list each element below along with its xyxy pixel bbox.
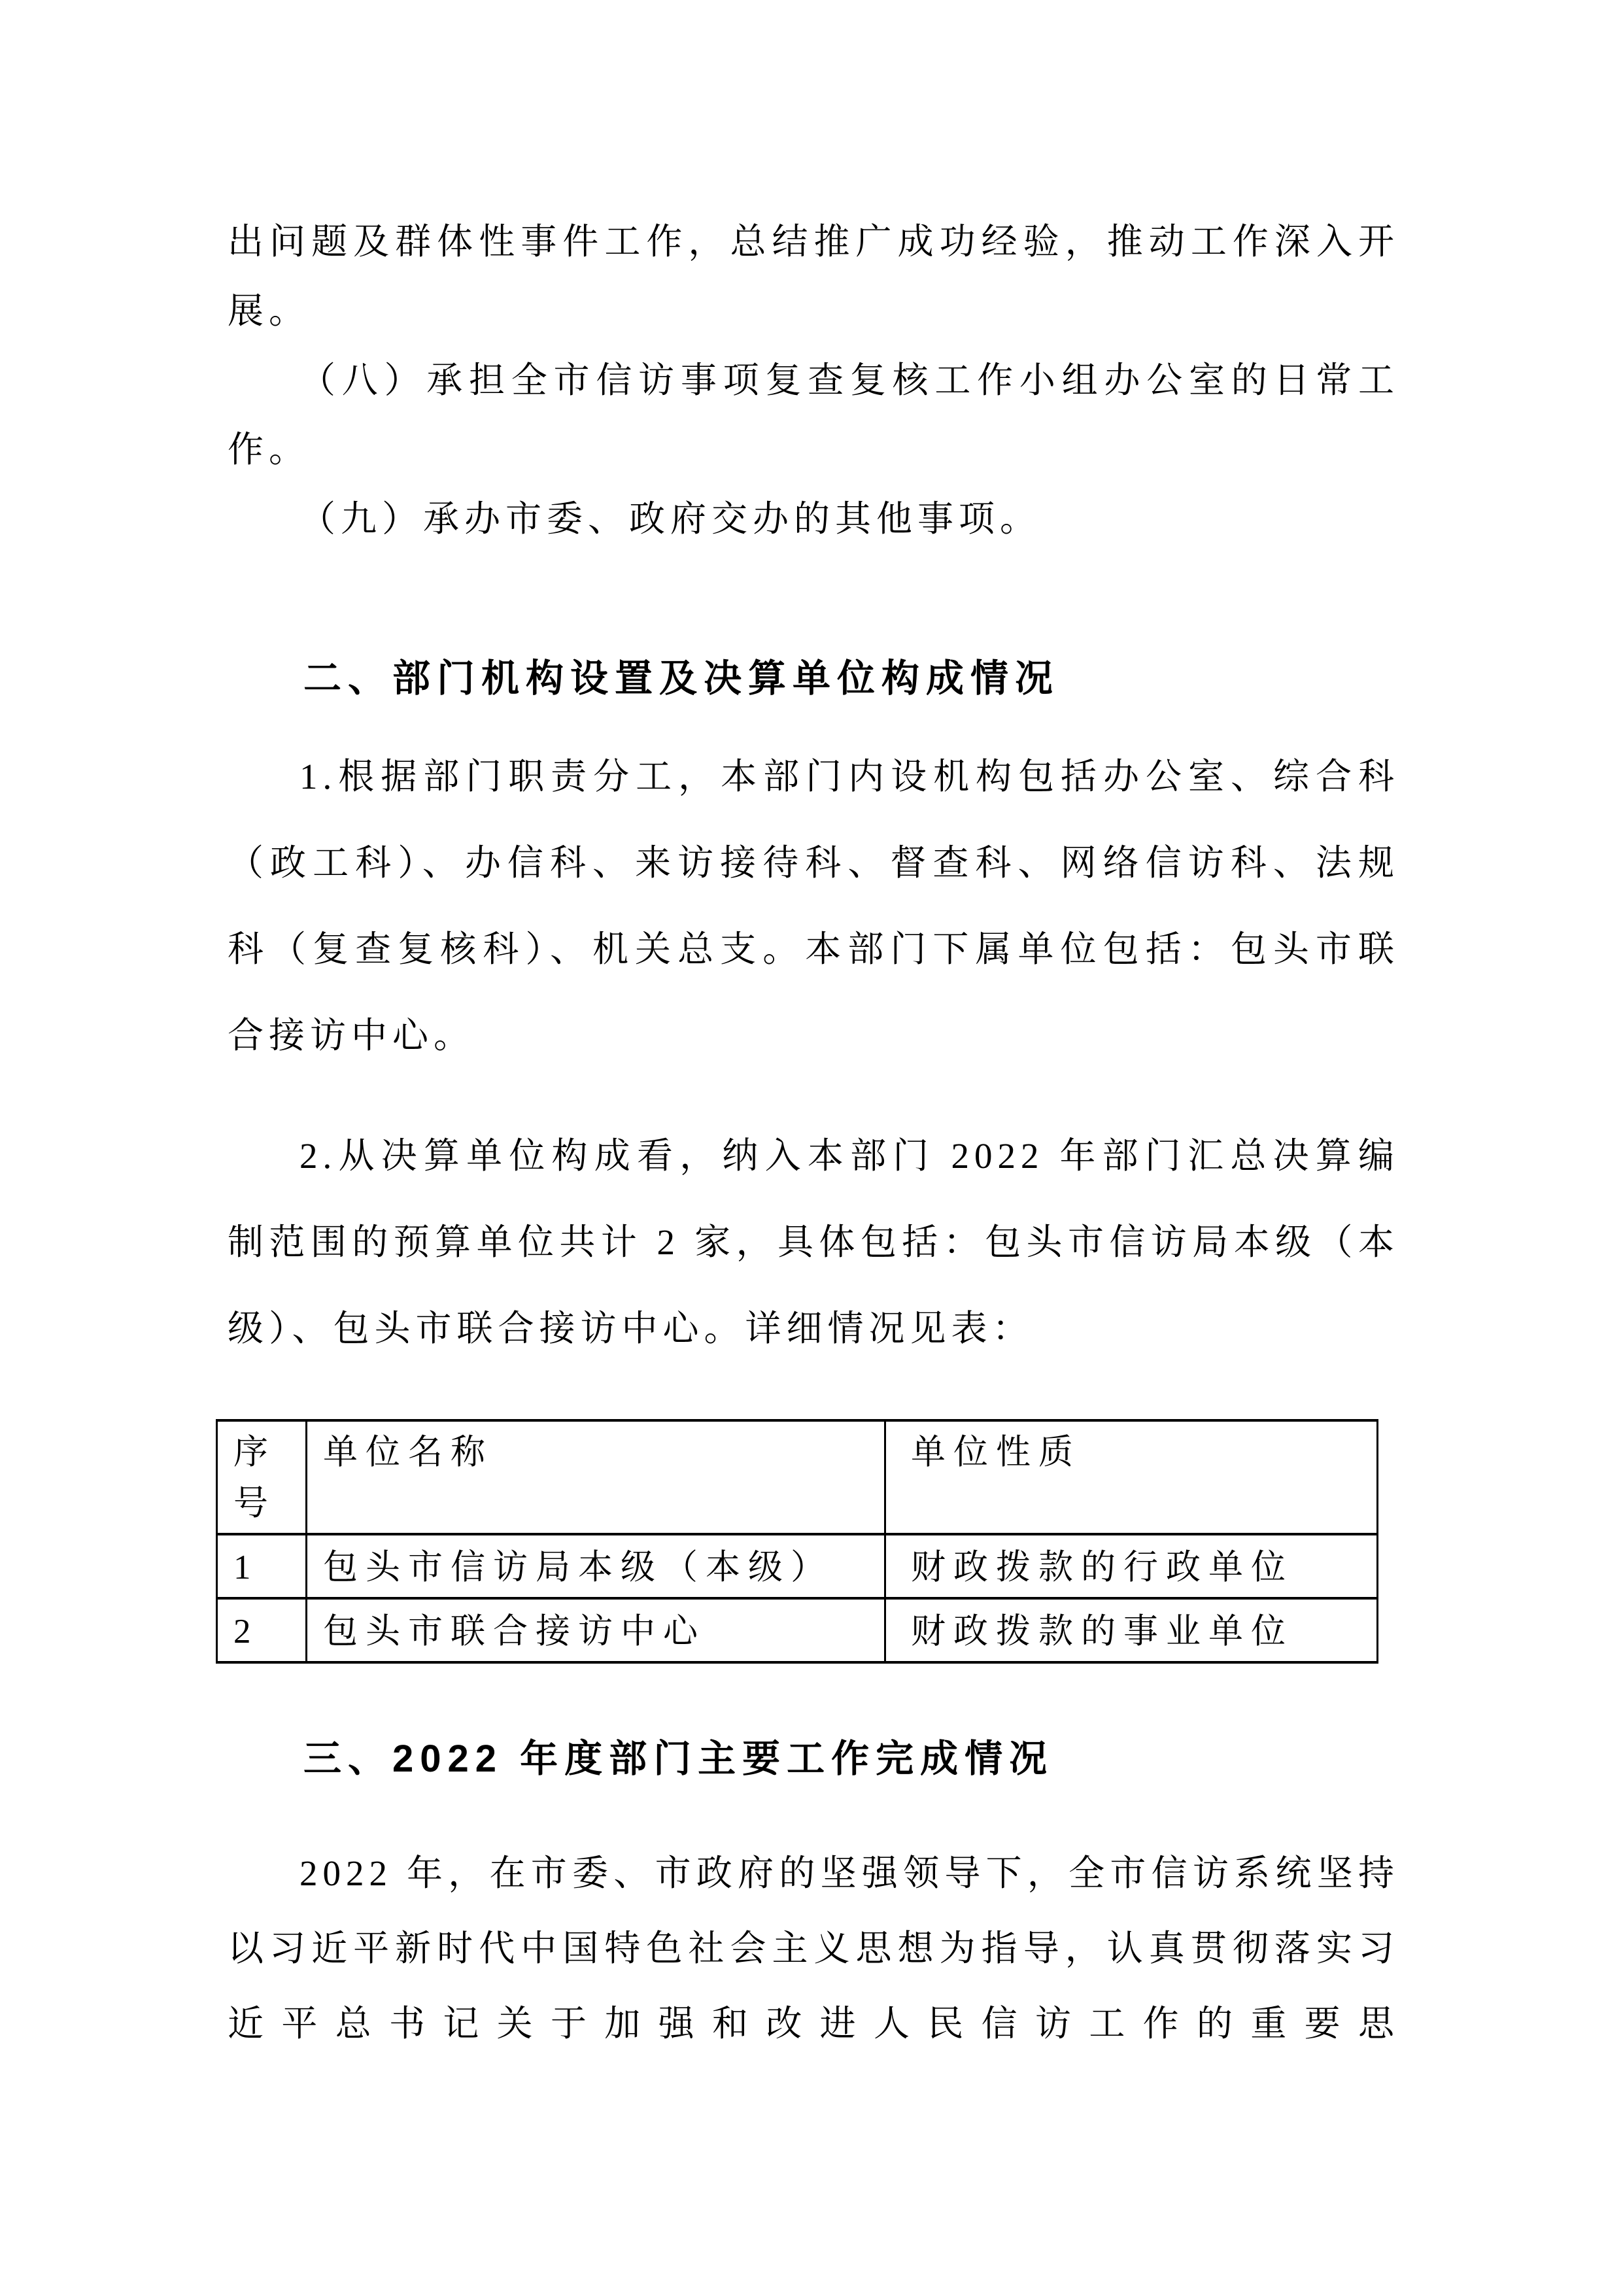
cell-unit-type: 财政拨款的事业单位	[885, 1598, 1378, 1662]
document-content: 出问题及群体性事件工作，总结推广成功经验，推动工作深入开展。 （八）承担全市信访…	[228, 207, 1399, 2061]
paragraph-item-8: （八）承担全市信访事项复查复核工作小组办公室的日常工作。	[228, 346, 1399, 485]
table-row: 1 包头市信访局本级（本级） 财政拨款的行政单位	[217, 1534, 1378, 1598]
paragraph-budget-units: 2.从决算单位构成看，纳入本部门 2022 年部门汇总决算编制范围的预算单位共计…	[228, 1113, 1399, 1372]
cell-seq: 1	[217, 1534, 307, 1598]
paragraph-2022-work: 2022 年，在市委、市政府的坚强领导下，全市信访系统坚持以习近平新时代中国特色…	[228, 1836, 1399, 2061]
paragraph-continuation: 出问题及群体性事件工作，总结推广成功经验，推动工作深入开展。	[228, 207, 1399, 346]
paragraph-item-9: （九）承办市委、政府交办的其他事项。	[228, 485, 1399, 554]
unit-table-header-row: 序号 单位名称 单位性质	[217, 1420, 1378, 1534]
header-cell-unit-name: 单位名称	[307, 1420, 885, 1534]
document-page: 出问题及群体性事件工作，总结推广成功经验，推动工作深入开展。 （八）承担全市信访…	[0, 0, 1623, 2296]
section-heading-2022-work: 三、2022 年度部门主要工作完成情况	[228, 1736, 1399, 1782]
cell-seq: 2	[217, 1598, 307, 1662]
paragraph-internal-org: 1.根据部门职责分工，本部门内设机构包括办公室、综合科（政工科）、办信科、来访接…	[228, 734, 1399, 1079]
unit-table-body: 1 包头市信访局本级（本级） 财政拨款的行政单位 2 包头市联合接访中心 财政拨…	[217, 1534, 1378, 1662]
cell-unit-name: 包头市信访局本级（本级）	[307, 1534, 885, 1598]
header-cell-unit-type: 单位性质	[885, 1420, 1378, 1534]
cell-unit-name: 包头市联合接访中心	[307, 1598, 885, 1662]
cell-unit-type: 财政拨款的行政单位	[885, 1534, 1378, 1598]
section-heading-org-structure: 二、部门机构设置及决算单位构成情况	[228, 656, 1399, 702]
unit-table: 序号 单位名称 单位性质 1 包头市信访局本级（本级） 财政拨款的行政单位 2 …	[216, 1419, 1378, 1664]
table-row: 2 包头市联合接访中心 财政拨款的事业单位	[217, 1598, 1378, 1662]
header-cell-seq: 序号	[217, 1420, 307, 1534]
unit-table-header: 序号 单位名称 单位性质	[217, 1420, 1378, 1534]
